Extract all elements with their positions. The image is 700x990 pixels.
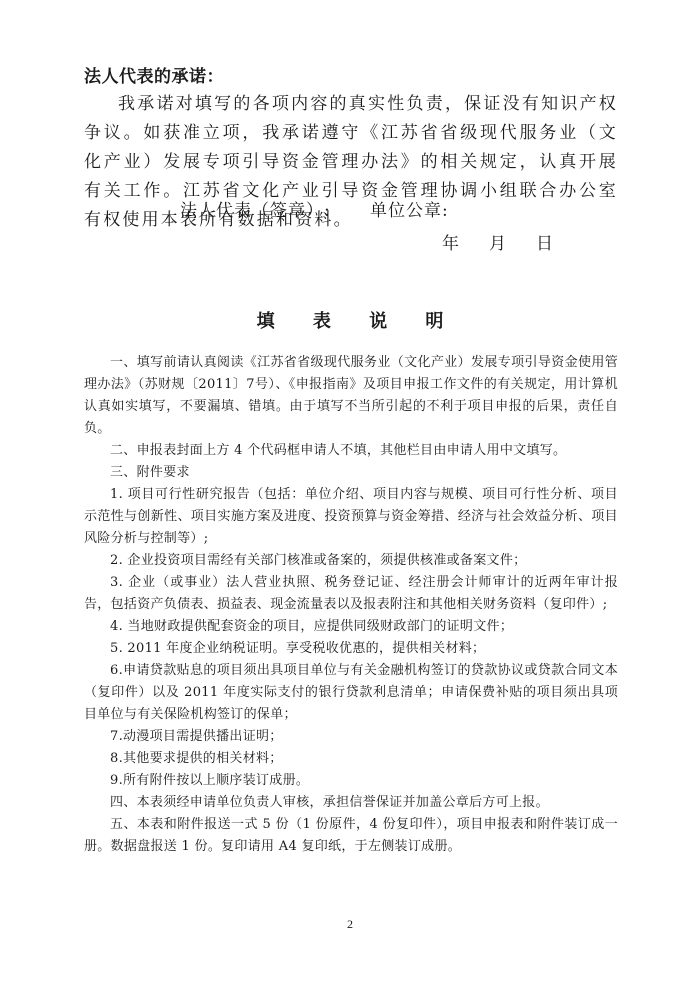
instruction-item: 2. 企业投资项目需经有关部门核准或备案的，须提供核准或备案文件； [84,550,618,572]
instruction-item: 9.所有附件按以上顺序装订成册。 [84,770,618,792]
unit-seal-label: 单位公章: [370,199,449,223]
instruction-item: 二、申报表封面上方 4 个代码框申请人不填，其他栏目由申请人用中文填写。 [84,440,618,462]
date-month: 月 [489,232,506,256]
pledge-heading: 法人代表的承诺： [84,66,224,88]
instruction-item: 五、本表和附件报送一式 5 份（1 份原件，4 份复印件），项目申报表和附件装订… [84,814,618,858]
instruction-item: 7.动漫项目需提供播出证明； [84,726,618,748]
instruction-item: 一、填写前请认真阅读《江苏省省级现代服务业（文化产业）发展专项引导资金使用管理办… [84,352,618,440]
instruction-item: 1. 项目可行性研究报告（包括：单位介绍、项目内容与规模、项目可行性分析、项目示… [84,484,618,550]
legal-rep-signature-label: 法人代表（签章）: [180,199,331,223]
date-year: 年 [442,232,459,256]
instructions-body: 一、填写前请认真阅读《江苏省省级现代服务业（文化产业）发展专项引导资金使用管理办… [84,352,618,858]
page-number: 2 [0,917,700,931]
pledge-body: 我承诺对填写的各项内容的真实性负责，保证没有知识产权争议。如获准立项，我承诺遵守… [84,90,618,235]
instructions-title: 填 表 说 明 [0,310,700,334]
instruction-item: 3. 企业（或事业）法人营业执照、税务登记证、经注册会计师审计的近两年审计报告，… [84,572,618,616]
instruction-item: 三、附件要求 [84,462,618,484]
instruction-item: 4. 当地财政提供配套资金的项目，应提供同级财政部门的证明文件； [84,616,618,638]
instruction-item: 8.其他要求提供的相关材料； [84,748,618,770]
instruction-item: 5. 2011 年度企业纳税证明。享受税收优惠的，提供相关材料； [84,638,618,660]
instruction-item: 四、本表须经申请单位负责人审核，承担信誉保证并加盖公章后方可上报。 [84,792,618,814]
document-page: 法人代表的承诺： 我承诺对填写的各项内容的真实性负责，保证没有知识产权争议。如获… [0,0,700,990]
instruction-item: 6.申请贷款贴息的项目须出具项目单位与有关金融机构签订的贷款协议或贷款合同文本（… [84,660,618,726]
date-day: 日 [536,232,553,256]
date-line: 年 月 日 [442,232,553,256]
